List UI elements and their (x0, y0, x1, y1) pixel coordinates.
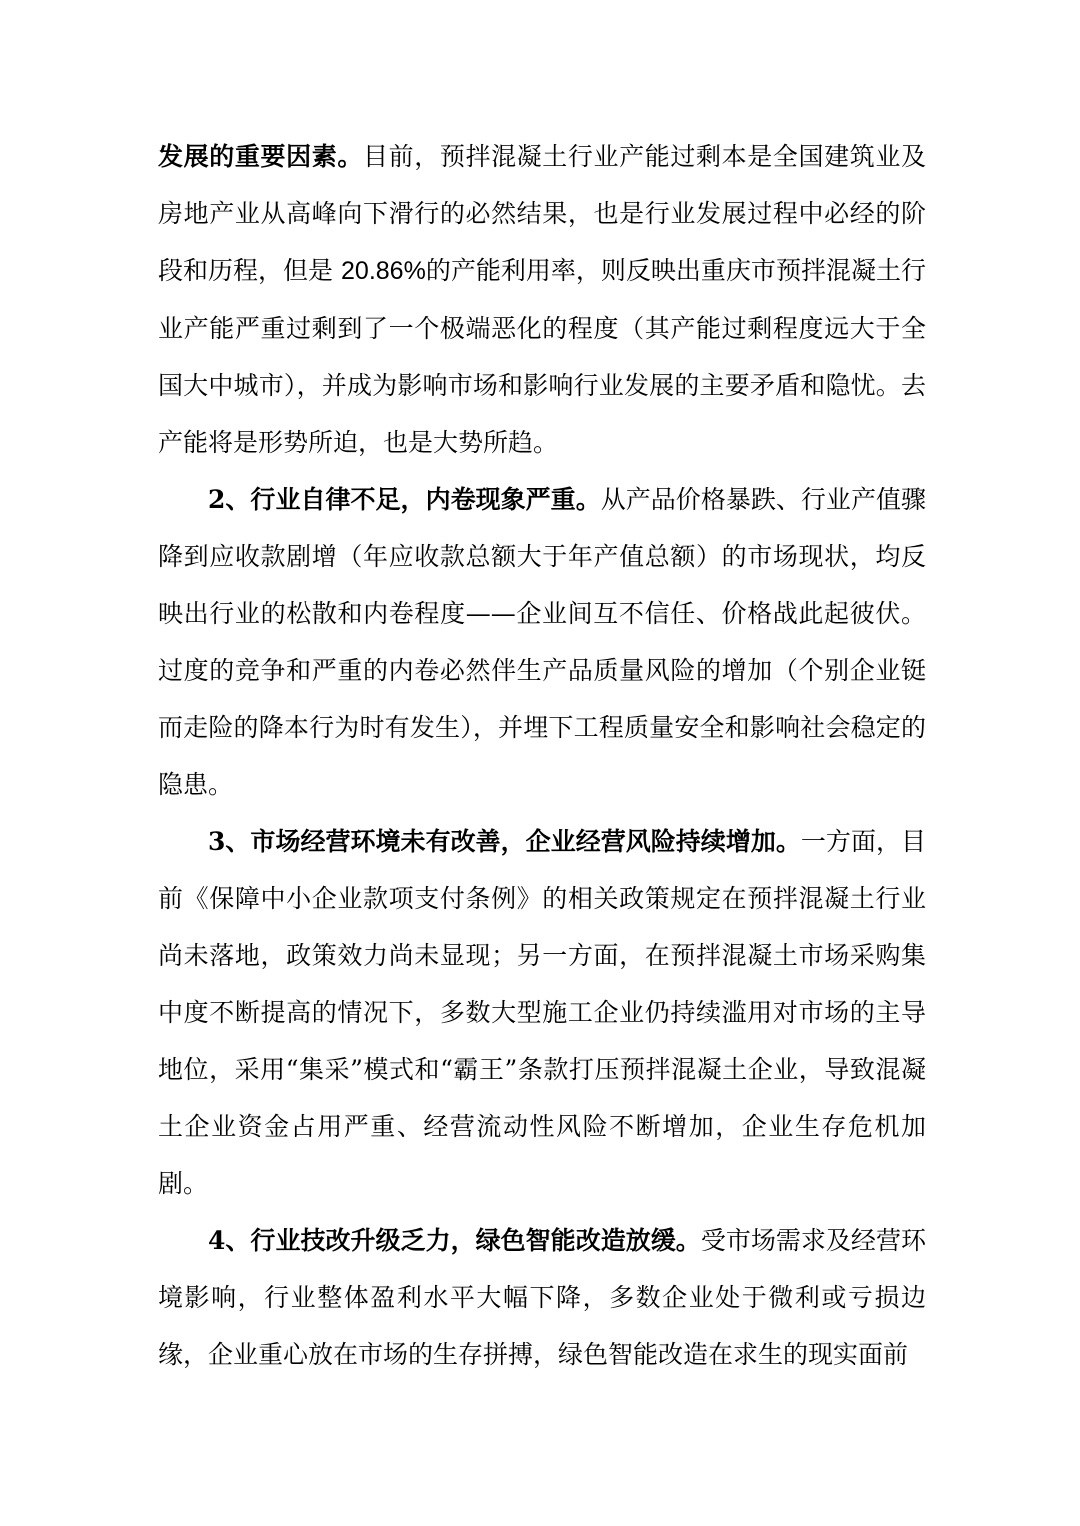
document-page: 发展的重要因素。目前，预拌混凝土行业产能过剩本是全国建筑业及房地产业从高峰向下滑… (0, 0, 1080, 1526)
paragraph-3-lead-bold: 3、市场经营环境未有改善，企业经营风险持续增加。 (208, 827, 801, 856)
paragraph-3: 3、市场经营环境未有改善，企业经营风险持续增加。一方面，目前《保障中小企业款项支… (158, 813, 926, 1212)
paragraph-3-body: 一方面，目前《保障中小企业款项支付条例》的相关政策规定在预拌混凝土行业尚未落地，… (158, 827, 926, 1198)
paragraph-2: 2、行业自律不足，内卷现象严重。从产品价格暴跌、行业产值骤降到应收款剧增（年应收… (158, 471, 926, 813)
paragraph-1: 发展的重要因素。目前，预拌混凝土行业产能过剩本是全国建筑业及房地产业从高峰向下滑… (158, 128, 926, 471)
paragraph-4: 4、行业技改升级乏力，绿色智能改造放缓。受市场需求及经营环境影响，行业整体盈利水… (158, 1212, 926, 1383)
capacity-utilization-percentage: 20.86% (341, 257, 426, 285)
paragraph-2-lead-bold: 2、行业自律不足，内卷现象严重。 (208, 485, 601, 514)
paragraph-1-body-after-number: 的产能利用率，则反映出重庆市预拌混凝土行业产能严重过剩到了一个极端恶化的程度（其… (158, 256, 926, 457)
paragraph-4-lead-bold: 4、行业技改升级乏力，绿色智能改造放缓。 (208, 1226, 701, 1255)
paragraph-2-body: 从产品价格暴跌、行业产值骤降到应收款剧增（年应收款总额大于年产值总额）的市场现状… (158, 485, 926, 799)
paragraph-1-lead-bold: 发展的重要因素。 (158, 142, 363, 171)
